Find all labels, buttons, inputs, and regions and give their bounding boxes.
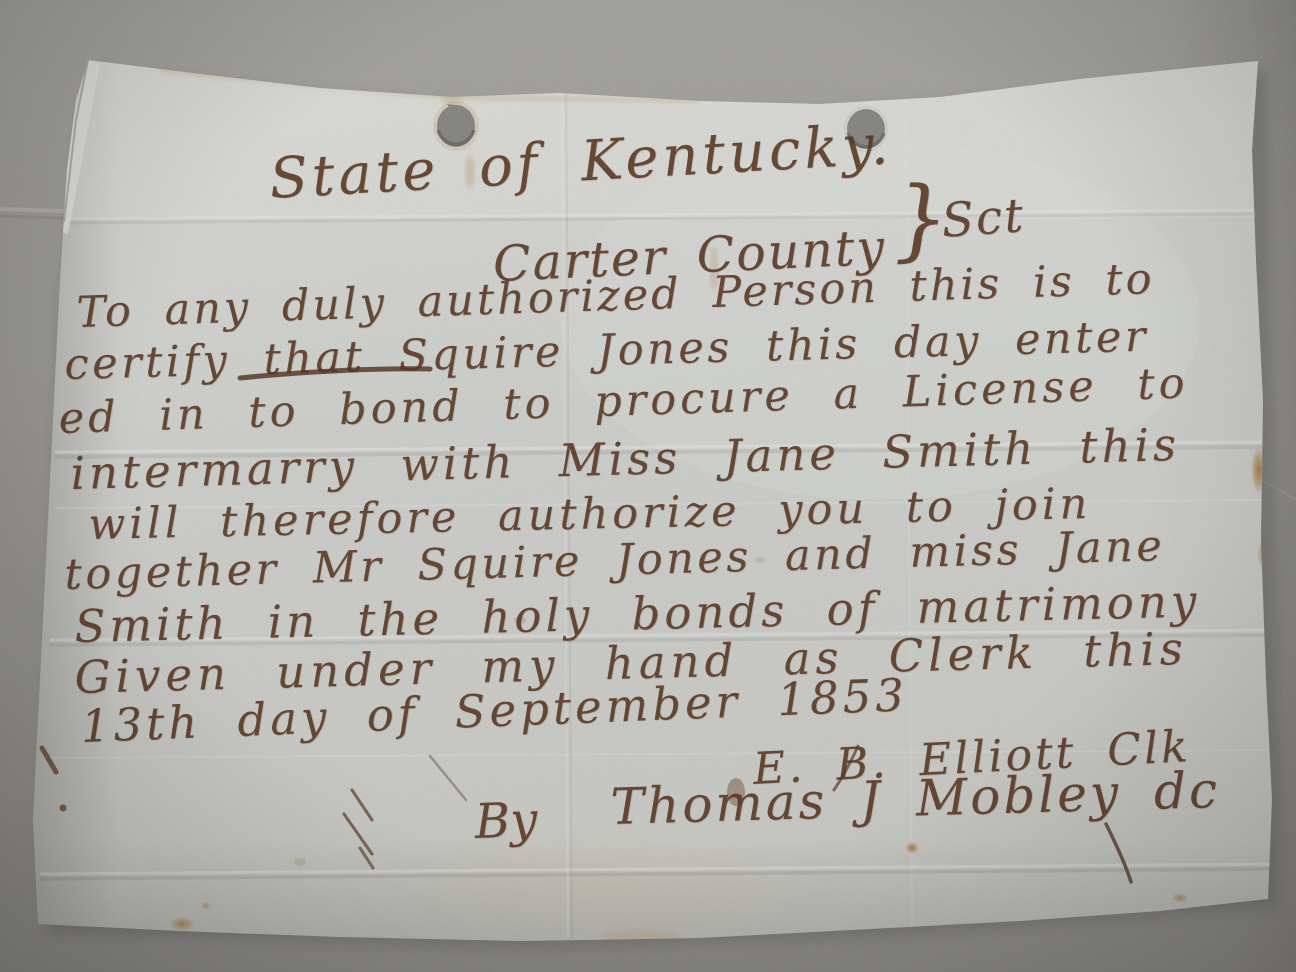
document-photo: State of Kentucky. } Sct Carter County T… — [0, 0, 1296, 972]
by-label: By — [474, 796, 538, 846]
heading-abbrev: Sct — [940, 192, 1026, 245]
